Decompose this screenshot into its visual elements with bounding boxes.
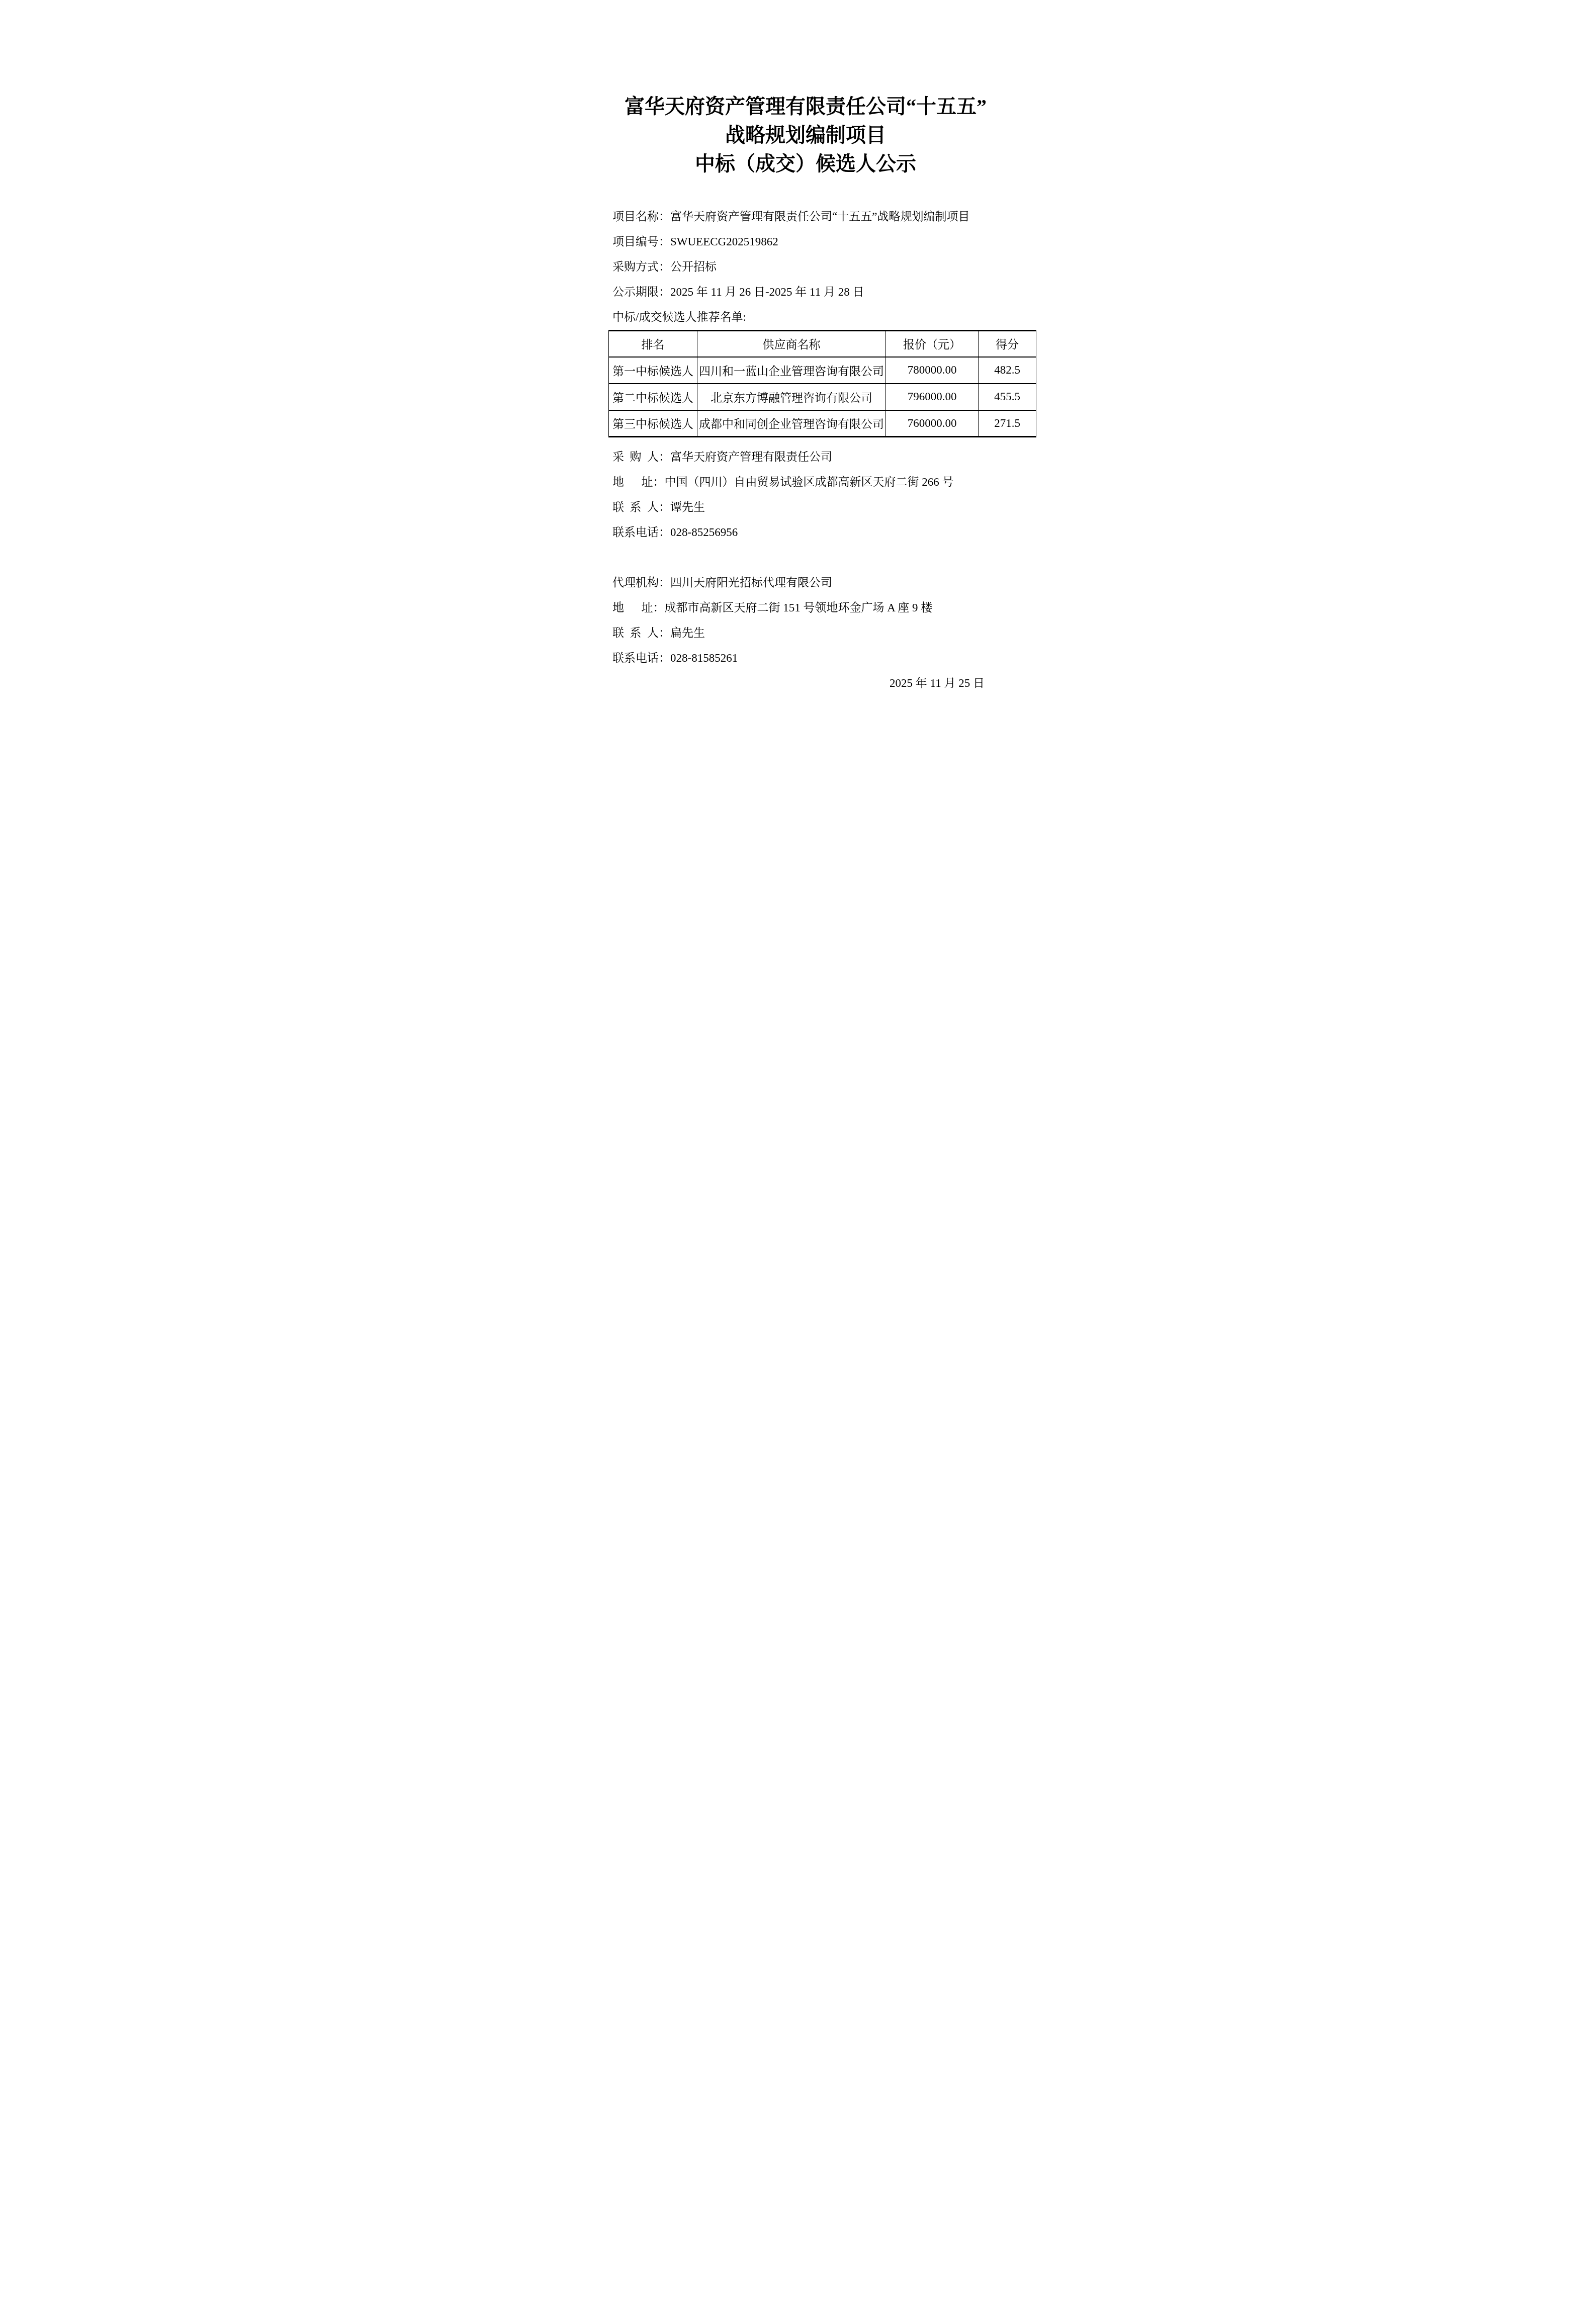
table-row: 第一中标候选人 四川和一蓝山企业管理咨询有限公司 780000.00 482.5 xyxy=(609,357,1036,384)
purchaser-block: 采 购 人：富华天府资产管理有限责任公司 地 址：中国（四川）自由贸易试验区成都… xyxy=(612,444,1040,545)
title-line-1: 富华天府资产管理有限责任公司“十五五” xyxy=(612,92,999,121)
procurement-method-label: 采购方式： xyxy=(612,260,670,273)
purchaser-phone-value: 028-85256956 xyxy=(670,526,738,539)
supplier-cell: 四川和一蓝山企业管理咨询有限公司 xyxy=(697,357,886,384)
agency-phone-value: 028-81585261 xyxy=(670,652,738,664)
procurement-method-value: 公开招标 xyxy=(670,260,717,273)
title-line-3: 中标（成交）候选人公示 xyxy=(612,149,999,178)
price-cell: 796000.00 xyxy=(886,384,979,410)
table-row: 第二中标候选人 北京东方博融管理咨询有限公司 796000.00 455.5 xyxy=(609,384,1036,410)
purchaser-phone-line: 联系电话：028-85256956 xyxy=(612,520,1040,545)
candidates-table: 排名 供应商名称 报价（元） 得分 第一中标候选人 四川和一蓝山企业管理咨询有限… xyxy=(608,330,1036,437)
page-title: 富华天府资产管理有限责任公司“十五五” 战略规划编制项目 中标（成交）候选人公示 xyxy=(612,92,1040,178)
publish-date: 2025 年 11 月 25 日 xyxy=(612,671,1040,696)
project-number-line: 项目编号：SWUEECG202519862 xyxy=(612,229,1040,254)
document-page: 富华天府资产管理有限责任公司“十五五” 战略规划编制项目 中标（成交）候选人公示… xyxy=(532,0,1064,773)
purchaser-contact-line: 联 系 人：谭先生 xyxy=(612,495,1040,520)
publicity-period-line: 公示期限：2025 年 11 月 26 日-2025 年 11 月 28 日 xyxy=(612,280,1040,305)
project-name-label: 项目名称： xyxy=(612,210,670,223)
score-cell: 455.5 xyxy=(979,384,1036,410)
purchaser-line: 采 购 人：富华天府资产管理有限责任公司 xyxy=(612,444,1040,470)
agency-label: 代理机构： xyxy=(612,576,670,589)
publicity-period-value: 2025 年 11 月 26 日-2025 年 11 月 28 日 xyxy=(670,286,864,298)
purchaser-address-label: 地 址： xyxy=(612,476,665,488)
purchaser-contact-value: 谭先生 xyxy=(670,501,705,513)
agency-contact-label: 联 系 人： xyxy=(612,627,670,639)
price-cell: 780000.00 xyxy=(886,357,979,384)
rank-cell: 第二中标候选人 xyxy=(609,384,697,410)
header-price: 报价（元） xyxy=(886,331,979,357)
project-number-label: 项目编号： xyxy=(612,235,670,248)
rank-cell: 第三中标候选人 xyxy=(609,410,697,437)
project-name-value: 富华天府资产管理有限责任公司“十五五”战略规划编制项目 xyxy=(670,210,969,223)
project-info-block: 项目名称：富华天府资产管理有限责任公司“十五五”战略规划编制项目 项目编号：SW… xyxy=(612,204,1040,330)
candidate-list-intro: 中标/成交候选人推荐名单: xyxy=(612,305,1040,330)
agency-address-label: 地 址： xyxy=(612,601,665,614)
agency-block: 代理机构：四川天府阳光招标代理有限公司 地 址：成都市高新区天府二街 151 号… xyxy=(612,570,1040,671)
agency-value: 四川天府阳光招标代理有限公司 xyxy=(670,576,832,589)
header-rank: 排名 xyxy=(609,331,697,357)
publicity-period-label: 公示期限： xyxy=(612,286,670,298)
purchaser-contact-label: 联 系 人： xyxy=(612,501,670,513)
agency-contact-line: 联 系 人：扁先生 xyxy=(612,620,1040,646)
supplier-cell: 成都中和同创企业管理咨询有限公司 xyxy=(697,410,886,437)
agency-phone-line: 联系电话：028-81585261 xyxy=(612,646,1040,671)
project-number-value: SWUEECG202519862 xyxy=(670,235,778,248)
procurement-method-line: 采购方式：公开招标 xyxy=(612,254,1040,280)
purchaser-phone-label: 联系电话： xyxy=(612,526,670,539)
price-cell: 760000.00 xyxy=(886,410,979,437)
table-header-row: 排名 供应商名称 报价（元） 得分 xyxy=(609,331,1036,357)
agency-address-line: 地 址：成都市高新区天府二街 151 号领地环金广场 A 座 9 楼 xyxy=(612,595,1040,620)
table-row: 第三中标候选人 成都中和同创企业管理咨询有限公司 760000.00 271.5 xyxy=(609,410,1036,437)
project-name-line: 项目名称：富华天府资产管理有限责任公司“十五五”战略规划编制项目 xyxy=(612,204,1040,229)
supplier-cell: 北京东方博融管理咨询有限公司 xyxy=(697,384,886,410)
purchaser-address-line: 地 址：中国（四川）自由贸易试验区成都高新区天府二街 266 号 xyxy=(612,470,1040,495)
agency-line: 代理机构：四川天府阳光招标代理有限公司 xyxy=(612,570,1040,595)
agency-address-value: 成都市高新区天府二街 151 号领地环金广场 A 座 9 楼 xyxy=(665,601,933,614)
agency-phone-label: 联系电话： xyxy=(612,652,670,664)
purchaser-address-value: 中国（四川）自由贸易试验区成都高新区天府二街 266 号 xyxy=(665,476,954,488)
score-cell: 482.5 xyxy=(979,357,1036,384)
header-score: 得分 xyxy=(979,331,1036,357)
header-supplier: 供应商名称 xyxy=(697,331,886,357)
title-line-2: 战略规划编制项目 xyxy=(612,121,999,149)
score-cell: 271.5 xyxy=(979,410,1036,437)
rank-cell: 第一中标候选人 xyxy=(609,357,697,384)
purchaser-label: 采 购 人： xyxy=(612,451,670,463)
agency-contact-value: 扁先生 xyxy=(670,627,705,639)
purchaser-value: 富华天府资产管理有限责任公司 xyxy=(670,451,832,463)
